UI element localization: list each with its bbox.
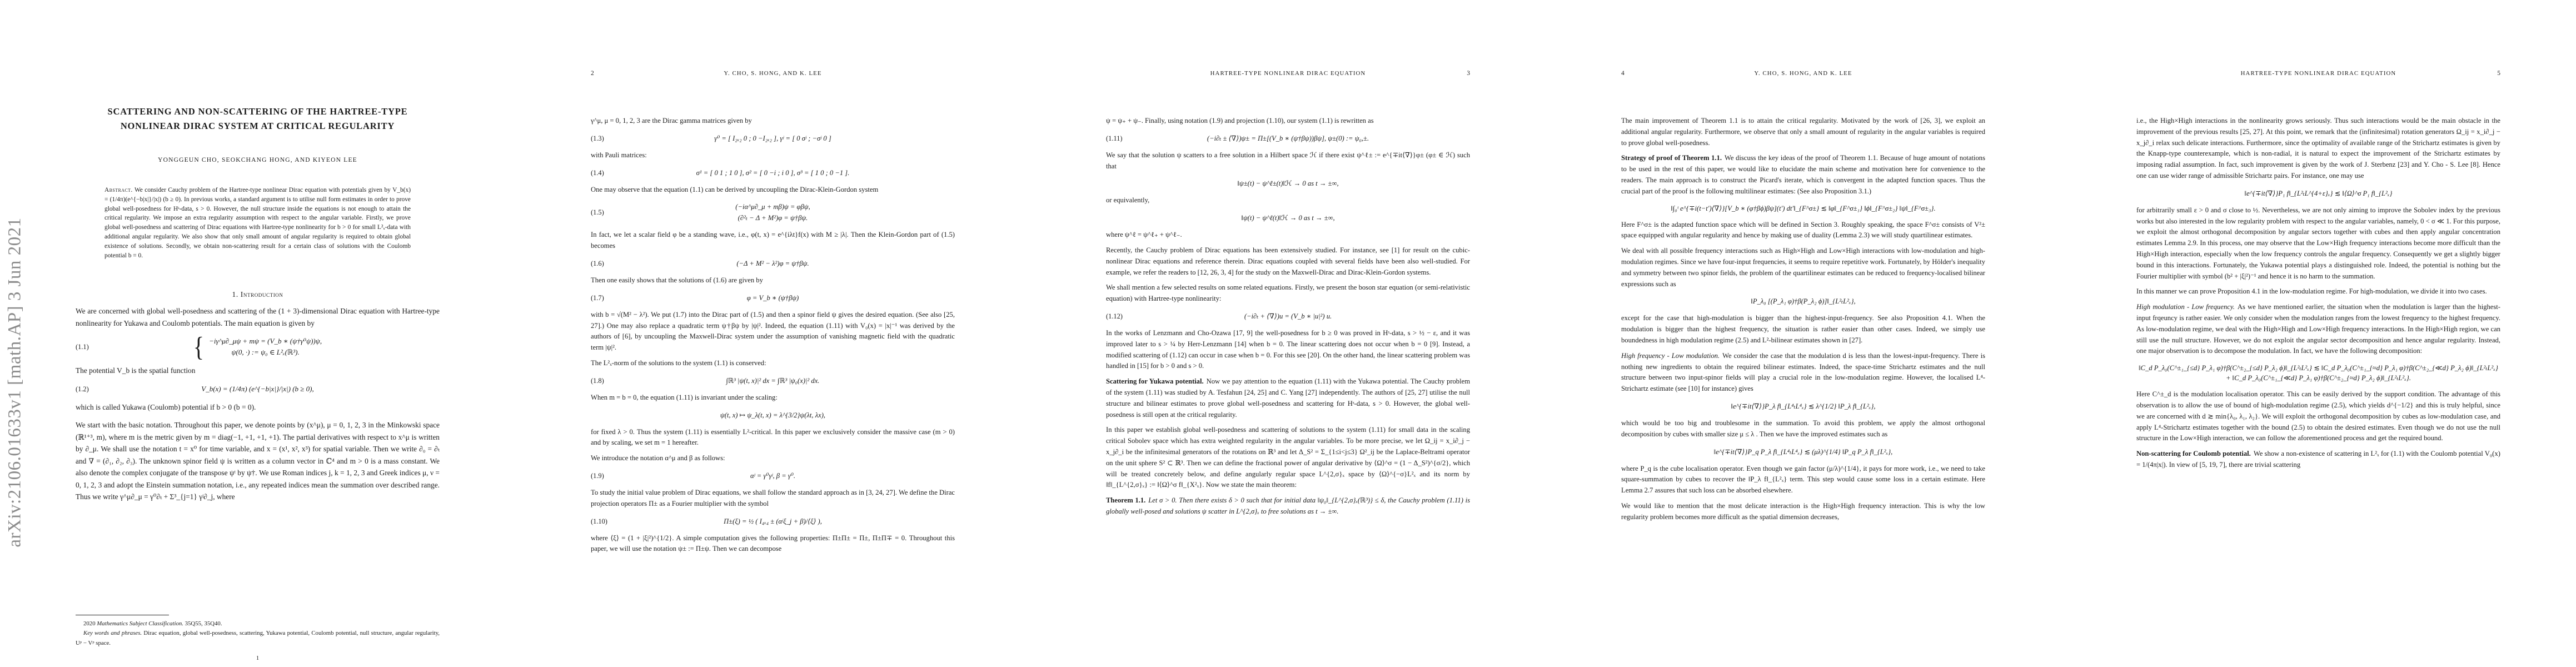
equation-inner: ‖e^{∓it⟨∇⟩}P_q P_λ f‖_{L⁴ₜL⁴ₓ} ≲ (μλ)^{1… (1714, 446, 1893, 457)
running-head: HARTREE-TYPE NONLINEAR DIRAC EQUATION (2136, 70, 2500, 77)
equation-number: (1.7) (591, 292, 604, 303)
equation-body: ‖P_λ₀ [(P_λ₁ φ)†β(P_λ₂ ϕ)]‖_{L²ₜL²ₓ}, (1751, 296, 1855, 307)
page-body: γ^μ, μ = 0, 1, 2, 3 are the Dirac gamma … (591, 111, 955, 555)
paragraph: Here F^σ± is the adapted function space … (1621, 220, 1985, 242)
paragraph: One may observe that the equation (1.1) … (591, 185, 955, 196)
paragraph-text: We say that the solution ψ scatters to a… (1106, 151, 1470, 170)
equation-body: Π±(ξ) = ½ ( I₄ₓ₄ ± (αʲξ_j + β)/⟨ξ⟩ ), (724, 516, 822, 527)
arxiv-watermark: arXiv:2106.01633v1 [math.AP] 3 Jun 2021 (5, 217, 26, 547)
equation-number: (1.5) (591, 207, 604, 218)
page-5: HARTREE-TYPE NONLINEAR DIRAC EQUATION5i.… (2061, 0, 2576, 667)
equation-inner: (−i∂ₜ ± ⟨∇⟩)ψ± = Π±[(V_b ∗ (ψ†βψ))βψ], ψ… (1207, 133, 1369, 144)
page-number: 5 (2497, 70, 2500, 77)
equation-inner: ∫ℝ³ |ψ(t, x)|² dx = ∫ℝ³ |ψ₀(x)|² dx. (726, 375, 820, 386)
abstract: Abstract. We consider Cauchy problem of … (104, 186, 411, 260)
equation-body: αʲ = γ⁰γʲ, β = γ⁰. (750, 470, 795, 481)
paragraph-lead: Theorem 1.1. (1106, 496, 1145, 504)
paragraph-text: where P_q is the cube localisation opera… (1621, 465, 1985, 495)
paragraph-lead: High frequency - Low modulation. (1621, 352, 1720, 360)
page-body: i.e., the High×High interactions in the … (2136, 111, 2500, 471)
footnote-part: 2020 (83, 620, 97, 627)
equation-body: ‖C_d P_λ₀(C^±₁_{≤d} P_λ₁ φ)†β(C^±₂_{≤d} … (2139, 363, 2498, 383)
paragraph-text: or equivalently, (1106, 196, 1149, 204)
display-equation: ‖ψ±(t) − ψ^ℓ±(t)‖ℋ → 0 as t → ±∞, (1106, 178, 1470, 189)
display-equation: (1.12)(−i∂ₜ + ⟨∇⟩)u = (V_b ∗ |u|²) u. (1106, 311, 1470, 322)
paragraph: Recently, the Cauchy problem of Dirac eq… (1106, 245, 1470, 278)
paragraph-text: We would like to mention that the most d… (1621, 502, 1985, 521)
equation-body: V_b(x) = (1/4π) (e^{−b|x|}/|x|) (b ≥ 0), (201, 384, 314, 395)
page-2: Y. CHO, S. HONG, AND K. LEE2γ^μ, μ = 0, … (515, 0, 1030, 667)
paragraph: for arbitrarily small ε > 0 and σ close … (2136, 205, 2500, 282)
paragraph: Non-scattering for Coulomb potential.We … (2136, 449, 2500, 471)
paragraph: In this manner we can prove Proposition … (2136, 286, 2500, 297)
paragraph: i.e., the High×High interactions in the … (2136, 116, 2500, 182)
paragraph: with Pauli matrices: (591, 150, 955, 161)
paragraph-text: for fixed λ > 0. Thus the system (1.11) … (591, 428, 955, 447)
paragraph: where P_q is the cube localisation opera… (1621, 464, 1985, 496)
paragraph-text: Let σ > 0. Then there exists δ > 0 such … (1106, 496, 1470, 515)
equation-body: φ = V_b ∗ (ψ†βψ) (747, 292, 799, 303)
paragraph-text: In this manner we can prove Proposition … (2136, 287, 2487, 295)
equation-number: (1.10) (591, 516, 607, 527)
footnote-part: Key words and phrases. (83, 630, 142, 636)
display-equation: (1.3)γ⁰ = [ I₂ₓ₂ 0 ; 0 −I₂ₓ₂ ], γʲ = [ 0… (591, 133, 955, 144)
paragraph: which is called Yukawa (Coulomb) potenti… (76, 401, 440, 414)
page-number: 2 (591, 70, 594, 77)
equation-number: (1.12) (1106, 311, 1123, 322)
paragraph: When m = b = 0, the equation (1.11) is i… (591, 392, 955, 404)
equation-inner: ‖ψ±(t) − ψ^ℓ±(t)‖ℋ → 0 as t → ±∞, (1237, 178, 1338, 189)
paragraph-text: In the works of Lenzmann and Cho-Ozawa [… (1106, 329, 1470, 370)
footnote-part: Mathematics Subject Classification. (97, 620, 183, 627)
paragraph-lead: High modulation - Low frequency. (2136, 303, 2235, 311)
equation-body: ψ(t, x) ↦ ψ_λ(t, x) = λ^{3/2}ψ(λt, λx), (720, 410, 825, 421)
paragraph: Here C^±_d is the modulation localisatio… (2136, 389, 2500, 444)
paragraph: We start with the basic notation. Throug… (76, 419, 440, 503)
paragraph-text: We shall mention a few selected results … (1106, 283, 1470, 302)
equation-number: (1.8) (591, 375, 604, 386)
paragraph-text: As we have mentioned earlier, the situat… (2136, 303, 2500, 355)
equation-inner: ‖∫₀ᵗ e^{∓i(t−t′)⟨∇⟩}[V_b ∗ (φ†βϕ)βψ](t′)… (1671, 203, 1935, 213)
display-equation: ‖e^{∓it⟨∇⟩}P_q P_λ f‖_{L⁴ₜL⁴ₓ} ≲ (μλ)^{1… (1621, 446, 1985, 457)
paragraph: γ^μ, μ = 0, 1, 2, 3 are the Dirac gamma … (591, 116, 955, 127)
equation-inner: γ⁰ = [ I₂ₓ₂ 0 ; 0 −I₂ₓ₂ ], γʲ = [ 0 σʲ ;… (714, 133, 831, 144)
paragraph: We would like to mention that the most d… (1621, 501, 1985, 523)
paragraph-text: except for the case that high-modulation… (1621, 314, 1985, 344)
paragraph: The main improvement of Theorem 1.1 is t… (1621, 116, 1985, 148)
paragraph: In the works of Lenzmann and Cho-Ozawa [… (1106, 328, 1470, 372)
equation-body: (−i∂ₜ ± ⟨∇⟩)ψ± = Π±[(V_b ∗ (ψ†βψ))βψ], ψ… (1207, 133, 1369, 144)
equation-inner: ‖P_λ₀ [(P_λ₁ φ)†β(P_λ₂ ϕ)]‖_{L²ₜL²ₓ}, (1751, 296, 1855, 307)
display-equation: ψ(t, x) ↦ ψ_λ(t, x) = λ^{3/2}ψ(λt, λx), (591, 410, 955, 421)
paragraph: or equivalently, (1106, 195, 1470, 206)
abstract-label: Abstract. (104, 187, 133, 193)
paragraph-lead: Non-scattering for Coulomb potential. (2136, 450, 2251, 457)
paragraph-text: The main improvement of Theorem 1.1 is t… (1621, 117, 1985, 147)
document-pages: SCATTERING AND NON-SCATTERING OF THE HAR… (0, 0, 2576, 667)
paragraph: To study the initial value problem of Di… (591, 487, 955, 510)
equation-body: ‖ψ±(t) − ψ^ℓ±(t)‖ℋ → 0 as t → ±∞, (1237, 178, 1338, 189)
page-body: ψ = ψ₊ + ψ₋. Finally, using notation (1.… (1106, 111, 1470, 517)
equation-number: (1.2) (76, 384, 89, 395)
paragraph: Scattering for Yukawa potential.Now we p… (1106, 376, 1470, 420)
equation-inner: (−Δ + M² − λ²)φ = ψ†βψ. (736, 258, 809, 269)
running-head: Y. CHO, S. HONG, AND K. LEE (591, 70, 955, 77)
paragraph: We introduce the notation α^μ and β as f… (591, 453, 955, 464)
equation-inner: ‖e^{∓it⟨∇⟩}P_λ f‖_{L⁴ₜL⁴ₓ} ≲ λ^{1/2} ‖P_… (1731, 401, 1875, 412)
paragraph-text: where ⟨ξ⟩ = (1 + |ξ|²)^{1/2}. A simple c… (591, 534, 955, 553)
paragraph-text: where ψ^ℓ = ψ^ℓ₊ + ψ^ℓ₋. (1106, 231, 1182, 238)
paragraph: High frequency - Low modulation.We consi… (1621, 351, 1985, 395)
display-equation: (1.1)−iγ^μ∂_μψ + mψ = (V_b ∗ (ψ†γ⁰ψ))ψ, … (76, 336, 440, 358)
equation-body: ‖e^{∓it⟨∇⟩}P₁ f‖_{L²ₜL^{4+ε}ₓ} ≲ ‖⟨Ω⟩^σ … (2245, 188, 2393, 199)
paragraph-text: We introduce the notation α^μ and β as f… (591, 454, 725, 462)
footnote: Key words and phrases. Dirac equation, g… (76, 629, 440, 648)
paragraph-text: In this paper we establish global well-p… (1106, 426, 1470, 489)
equation-number: (1.3) (591, 133, 604, 144)
paragraph-text: We start with the basic notation. Throug… (76, 421, 440, 501)
paragraph-text: which would be too big and troublesome i… (1621, 419, 1985, 438)
equation-body: ‖∫₀ᵗ e^{∓i(t−t′)⟨∇⟩}[V_b ∗ (φ†βϕ)βψ](t′)… (1671, 203, 1935, 213)
display-equation: (1.5)(−iα^μ∂_μ + mβ)ψ = φβψ, (∂²ₜ − Δ + … (591, 201, 955, 223)
paragraph-text: We deal with all possible frequency inte… (1621, 247, 1985, 287)
display-equation: (1.2)V_b(x) = (1/4π) (e^{−b|x|}/|x|) (b … (76, 384, 440, 395)
paragraph: The L²ₓ-norm of the solutions to the sys… (591, 358, 955, 369)
abstract-text: We consider Cauchy problem of the Hartre… (104, 187, 411, 259)
display-equation: (1.11)(−i∂ₜ ± ⟨∇⟩)ψ± = Π±[(V_b ∗ (ψ†βψ))… (1106, 133, 1470, 144)
page-body: SCATTERING AND NON-SCATTERING OF THE HAR… (76, 83, 440, 503)
running-head: HARTREE-TYPE NONLINEAR DIRAC EQUATION (1106, 70, 1470, 77)
equation-body: (−Δ + M² − λ²)φ = ψ†βψ. (736, 258, 809, 269)
equation-body: −iγ^μ∂_μψ + mψ = (V_b ∗ (ψ†γ⁰ψ))ψ, ψ(0, … (209, 336, 322, 358)
paragraph-text: for arbitrarily small ε > 0 and σ close … (2136, 206, 2500, 280)
paragraph-text: In fact, we let a scalar field φ be a st… (591, 231, 955, 250)
equation-body: γ⁰ = [ I₂ₓ₂ 0 ; 0 −I₂ₓ₂ ], γʲ = [ 0 σʲ ;… (714, 133, 831, 144)
paragraph-text: which is called Yukawa (Coulomb) potenti… (76, 403, 256, 411)
equation-inner: ‖ψ(t) − ψ^ℓ(t)‖ℋ → 0 as t → ±∞, (1241, 212, 1334, 223)
paragraph-text: Here C^±_d is the modulation localisatio… (2136, 390, 2500, 442)
paragraph-text: To study the initial value problem of Di… (591, 489, 955, 507)
paragraph: We shall mention a few selected results … (1106, 282, 1470, 305)
paragraph: except for the case that high-modulation… (1621, 313, 1985, 346)
display-equation: ‖e^{∓it⟨∇⟩}P_λ f‖_{L⁴ₜL⁴ₓ} ≲ λ^{1/2} ‖P_… (1621, 401, 1985, 412)
paragraph-text: One may observe that the equation (1.1) … (591, 186, 878, 193)
paragraph-text: When m = b = 0, the equation (1.11) is i… (591, 394, 778, 401)
paragraph: where ψ^ℓ = ψ^ℓ₊ + ψ^ℓ₋. (1106, 230, 1470, 241)
running-head: Y. CHO, S. HONG, AND K. LEE (1621, 70, 1985, 77)
page-3: HARTREE-TYPE NONLINEAR DIRAC EQUATION3ψ … (1030, 0, 1546, 667)
paragraph-text: The potential V_b is the spatial functio… (76, 366, 195, 375)
equation-inner: αʲ = γ⁰γʲ, β = γ⁰. (750, 470, 795, 481)
paragraph: We say that the solution ψ scatters to a… (1106, 150, 1470, 172)
paragraph-text: Then one easily shows that the solutions… (591, 276, 763, 284)
paragraph: where ⟨ξ⟩ = (1 + |ξ|²)^{1/2}. A simple c… (591, 533, 955, 555)
paper-authors: YONGGEUN CHO, SEOKCHANG HONG, AND KIYEON… (76, 157, 440, 163)
paragraph-text: The L²ₓ-norm of the solutions to the sys… (591, 359, 766, 367)
paragraph: Strategy of proof of Theorem 1.1.We disc… (1621, 153, 1985, 197)
display-equation: ‖ψ(t) − ψ^ℓ(t)‖ℋ → 0 as t → ±∞, (1106, 212, 1470, 223)
equation-inner: σ¹ = [ 0 1 ; 1 0 ], σ² = [ 0 −i ; i 0 ],… (696, 167, 850, 178)
equation-number: (1.11) (1106, 133, 1122, 144)
paragraph-text: Here F^σ± is the adapted function space … (1621, 221, 1985, 240)
paragraph: for fixed λ > 0. Thus the system (1.11) … (591, 427, 955, 449)
display-equation: ‖P_λ₀ [(P_λ₁ φ)†β(P_λ₂ ϕ)]‖_{L²ₜL²ₓ}, (1621, 296, 1985, 307)
equation-inner: ψ(t, x) ↦ ψ_λ(t, x) = λ^{3/2}ψ(λt, λx), (720, 410, 825, 421)
display-equation: (1.7)φ = V_b ∗ (ψ†βψ) (591, 292, 955, 303)
page-4: Y. CHO, S. HONG, AND K. LEE4The main imp… (1546, 0, 2061, 667)
equation-body: (−iα^μ∂_μ + mβ)ψ = φβψ, (∂²ₜ − Δ + M²)φ … (735, 201, 810, 223)
section-heading: 1. Introduction (76, 290, 440, 299)
equation-body: (−i∂ₜ + ⟨∇⟩)u = (V_b ∗ |u|²) u. (1244, 311, 1332, 322)
equation-number: (1.4) (591, 167, 604, 178)
paragraph-lead: Strategy of proof of Theorem 1.1. (1621, 154, 1722, 162)
equation-inner: V_b(x) = (1/4π) (e^{−b|x|}/|x|) (b ≥ 0), (201, 384, 314, 395)
equation-inner: (−i∂ₜ + ⟨∇⟩)u = (V_b ∗ |u|²) u. (1244, 311, 1332, 322)
display-equation: ‖∫₀ᵗ e^{∓i(t−t′)⟨∇⟩}[V_b ∗ (φ†βϕ)βψ](t′)… (1621, 203, 1985, 213)
paragraph: In this paper we establish global well-p… (1106, 425, 1470, 491)
paragraph: ψ = ψ₊ + ψ₋. Finally, using notation (1.… (1106, 116, 1470, 127)
display-equation: ‖C_d P_λ₀(C^±₁_{≤d} P_λ₁ φ)†β(C^±₂_{≤d} … (2136, 363, 2500, 383)
equation-body: ∫ℝ³ |ψ(t, x)|² dx = ∫ℝ³ |ψ₀(x)|² dx. (726, 375, 820, 386)
paragraph-text: with Pauli matrices: (591, 151, 647, 159)
paragraph-text: i.e., the High×High interactions in the … (2136, 117, 2500, 180)
equation-inner: φ = V_b ∗ (ψ†βψ) (747, 292, 799, 303)
footnotes: 2020 Mathematics Subject Classification.… (76, 615, 440, 649)
display-equation: (1.8)∫ℝ³ |ψ(t, x)|² dx = ∫ℝ³ |ψ₀(x)|² dx… (591, 375, 955, 386)
equation-body: ‖ψ(t) − ψ^ℓ(t)‖ℋ → 0 as t → ±∞, (1241, 212, 1334, 223)
page-number: 1 (0, 655, 515, 661)
page-1: SCATTERING AND NON-SCATTERING OF THE HAR… (0, 0, 515, 667)
paragraph: Then one easily shows that the solutions… (591, 275, 955, 286)
page-number: 4 (1621, 70, 1625, 77)
equation-body: ‖e^{∓it⟨∇⟩}P_λ f‖_{L⁴ₜL⁴ₓ} ≲ λ^{1/2} ‖P_… (1731, 401, 1875, 412)
equation-inner: Π±(ξ) = ½ ( I₄ₓ₄ ± (αʲξ_j + β)/⟨ξ⟩ ), (724, 516, 822, 527)
equation-number: (1.6) (591, 258, 604, 269)
paper-title: SCATTERING AND NON-SCATTERING OF THE HAR… (91, 104, 424, 133)
theorem: Theorem 1.1.Let σ > 0. Then there exists… (1106, 495, 1470, 517)
paragraph: High modulation - Low frequency.As we ha… (2136, 302, 2500, 357)
equation-number: (1.9) (591, 470, 604, 481)
equation-inner: ‖C_d P_λ₀(C^±₁_{≤d} P_λ₁ φ)†β(C^±₂_{≤d} … (2139, 363, 2498, 383)
paragraph: We are concerned with global well-posedn… (76, 305, 440, 329)
paragraph: with b = √(M² − λ²). We put (1.7) into t… (591, 310, 955, 354)
paragraph-text: ψ = ψ₊ + ψ₋. Finally, using notation (1.… (1106, 117, 1374, 125)
paragraph: The potential V_b is the spatial functio… (76, 365, 440, 377)
paragraph: In fact, we let a scalar field φ be a st… (591, 230, 955, 252)
paragraph-text: with b = √(M² − λ²). We put (1.7) into t… (591, 311, 955, 351)
paragraph: We deal with all possible frequency inte… (1621, 246, 1985, 290)
equation-number: (1.1) (76, 341, 89, 352)
page-body: The main improvement of Theorem 1.1 is t… (1621, 111, 1985, 523)
paragraph-lead: Scattering for Yukawa potential. (1106, 377, 1204, 385)
equation-inner: (−iα^μ∂_μ + mβ)ψ = φβψ, (∂²ₜ − Δ + M²)φ … (735, 201, 810, 223)
display-equation: (1.10)Π±(ξ) = ½ ( I₄ₓ₄ ± (αʲξ_j + β)/⟨ξ⟩… (591, 516, 955, 527)
paragraph-text: Recently, the Cauchy problem of Dirac eq… (1106, 246, 1470, 276)
paragraph: which would be too big and troublesome i… (1621, 418, 1985, 440)
display-equation: (1.4)σ¹ = [ 0 1 ; 1 0 ], σ² = [ 0 −i ; i… (591, 167, 955, 178)
display-equation: ‖e^{∓it⟨∇⟩}P₁ f‖_{L²ₜL^{4+ε}ₓ} ≲ ‖⟨Ω⟩^σ … (2136, 188, 2500, 199)
page-number: 3 (1467, 70, 1470, 77)
footnote-part: 35Q55, 35Q40. (183, 620, 222, 627)
equation-inner: −iγ^μ∂_μψ + mψ = (V_b ∗ (ψ†γ⁰ψ))ψ, ψ(0, … (193, 336, 322, 358)
equation-body: ‖e^{∓it⟨∇⟩}P_q P_λ f‖_{L⁴ₜL⁴ₓ} ≲ (μλ)^{1… (1714, 446, 1893, 457)
footnote: 2020 Mathematics Subject Classification.… (76, 619, 440, 629)
display-equation: (1.9)αʲ = γ⁰γʲ, β = γ⁰. (591, 470, 955, 481)
paragraph-text: We are concerned with global well-posedn… (76, 307, 440, 327)
equation-body: σ¹ = [ 0 1 ; 1 0 ], σ² = [ 0 −i ; i 0 ],… (696, 167, 850, 178)
equation-inner: ‖e^{∓it⟨∇⟩}P₁ f‖_{L²ₜL^{4+ε}ₓ} ≲ ‖⟨Ω⟩^σ … (2245, 188, 2393, 199)
display-equation: (1.6)(−Δ + M² − λ²)φ = ψ†βψ. (591, 258, 955, 269)
paragraph-text: γ^μ, μ = 0, 1, 2, 3 are the Dirac gamma … (591, 117, 752, 125)
